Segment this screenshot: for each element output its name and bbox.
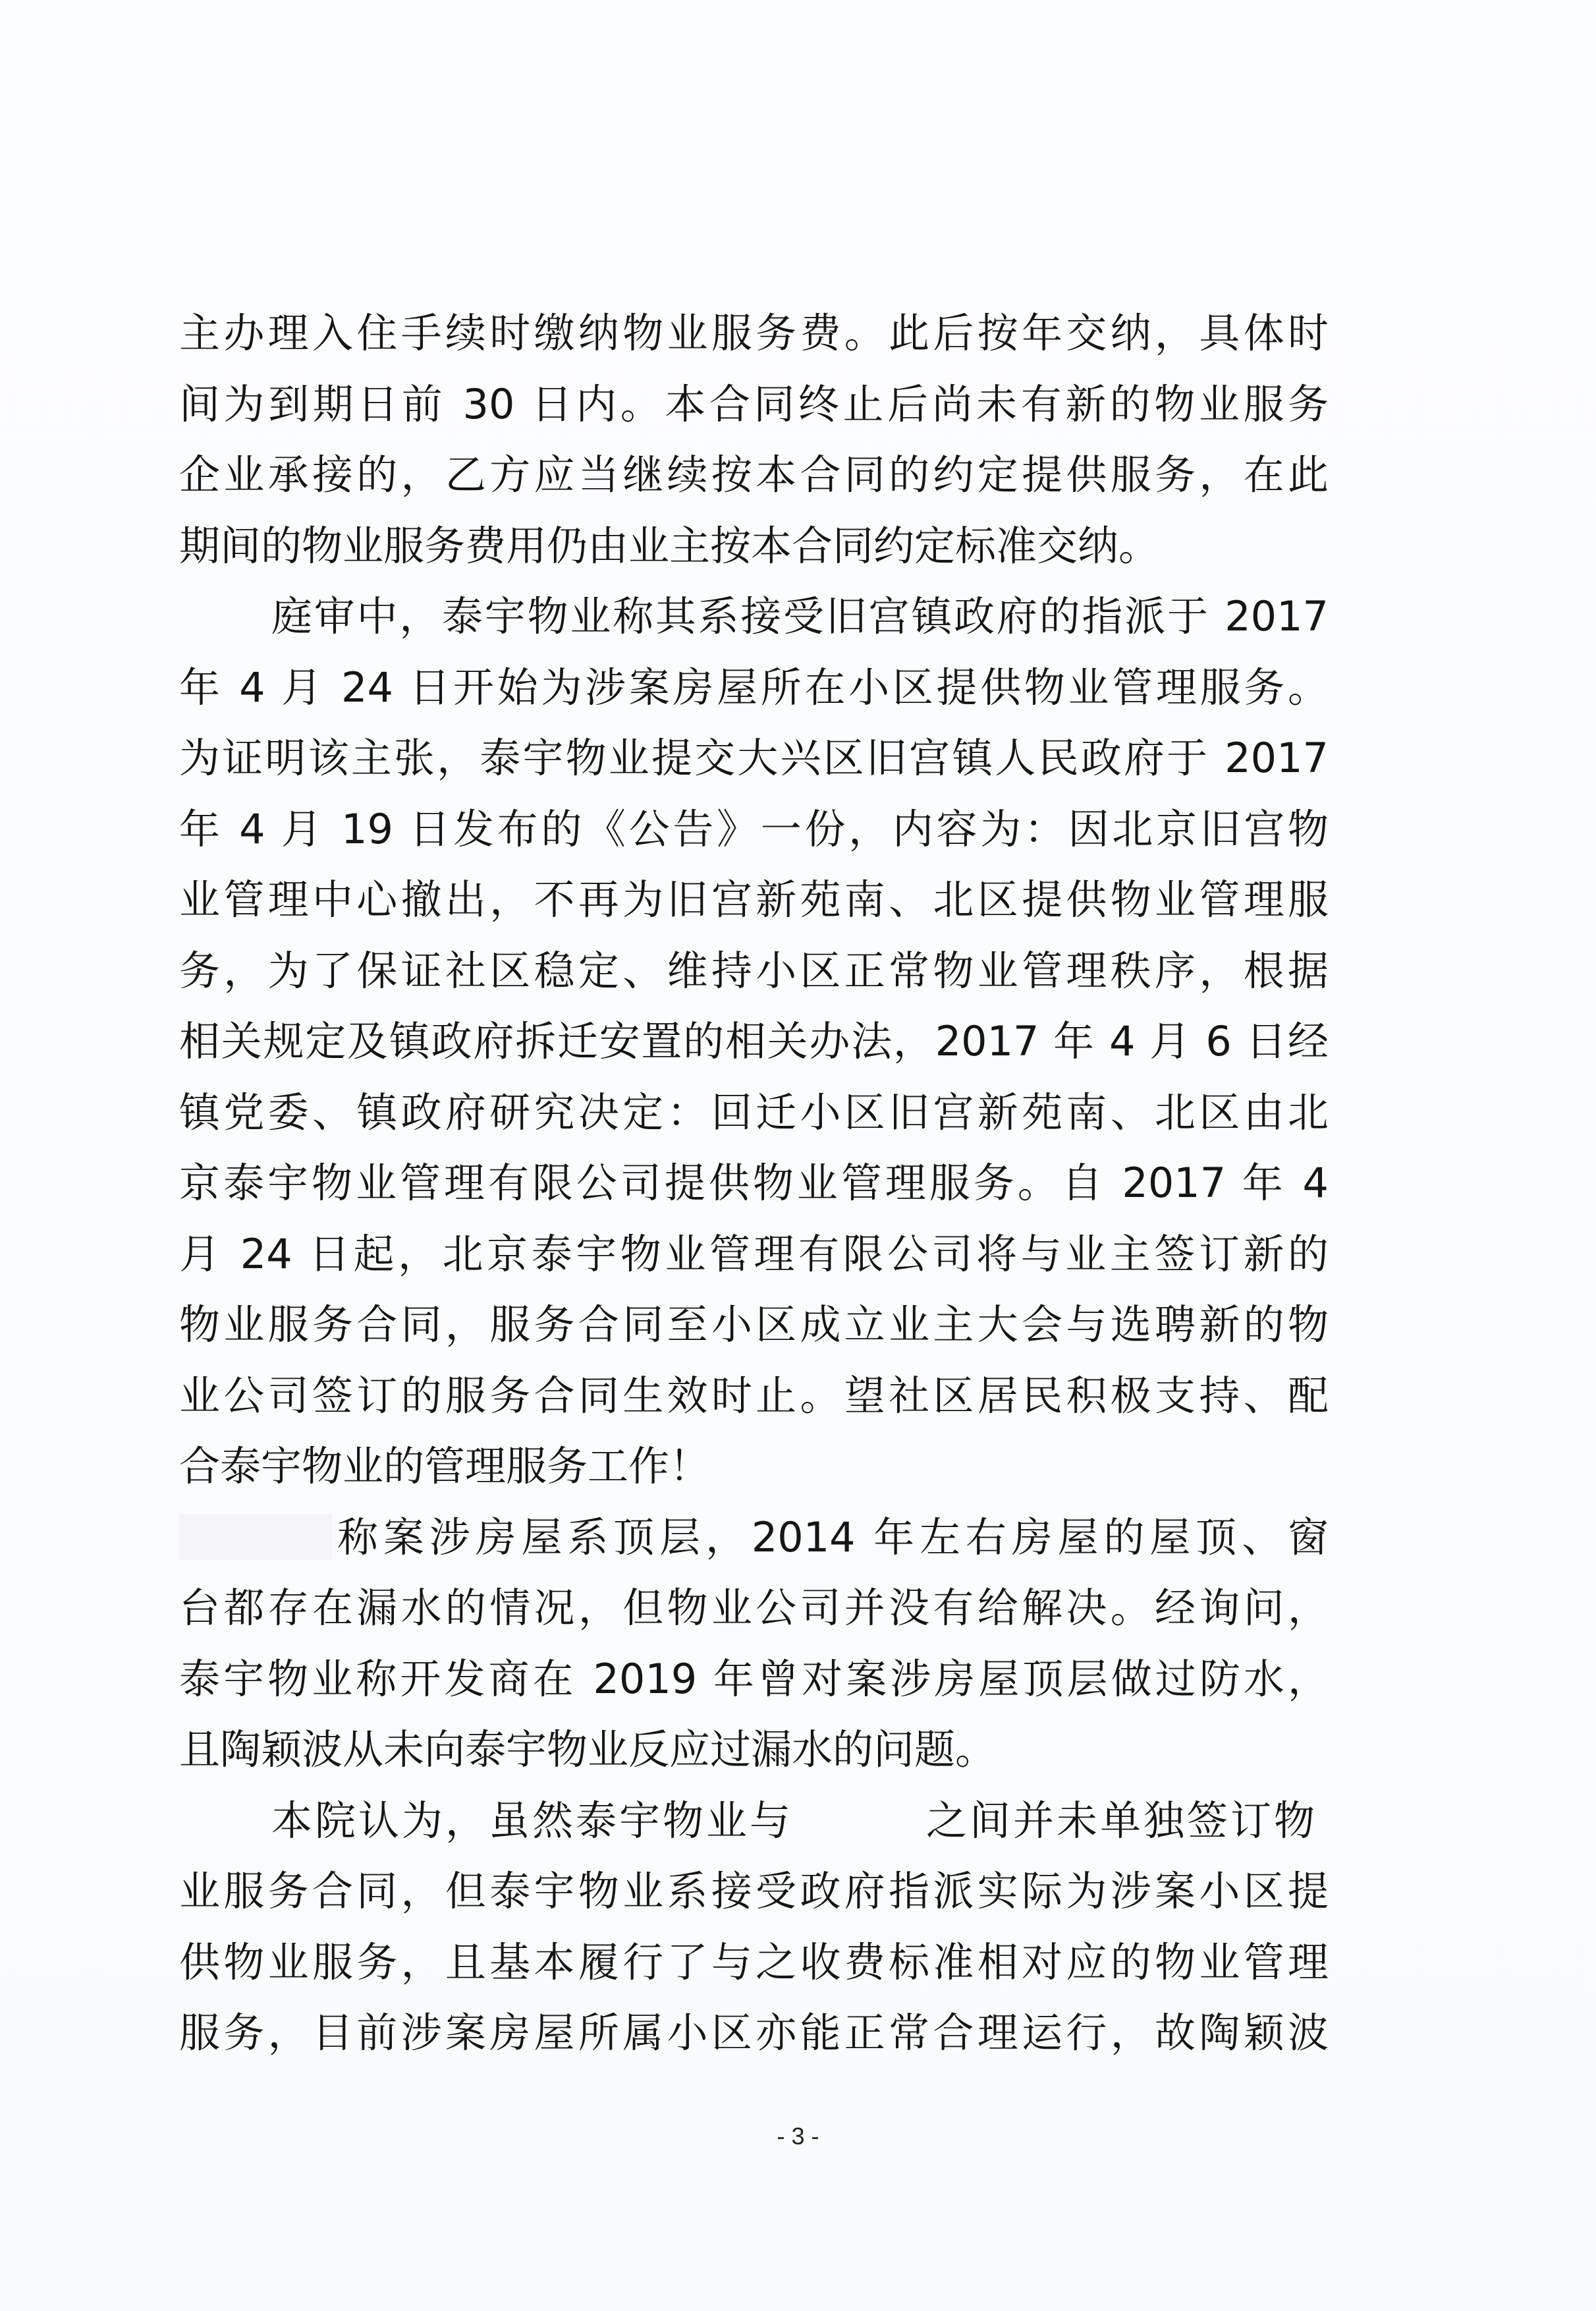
line-text: 主办理入住手续时缴纳物业服务费。此后按年交纳，具体时 bbox=[179, 298, 1329, 369]
text-line: 月 24 日起，北京泰宇物业管理有限公司将与业主签订新的 bbox=[179, 1219, 1329, 1290]
text-line: 业公司签订的服务合同生效时止。望社区居民积极支持、配 bbox=[179, 1360, 1329, 1432]
line-text: 间为到期日前 30 日内。本合同终止后尚未有新的物业服务 bbox=[179, 369, 1329, 440]
text-line: 务，为了保证社区稳定、维持小区正常物业管理秩序，根据 bbox=[179, 935, 1329, 1007]
text-line: 服务，目前涉案房屋所属小区亦能正常合理运行，故陶颖波 bbox=[179, 1997, 1329, 2069]
text-line: 相关规定及镇政府拆迁安置的相关办法，2017 年 4 月 6 日经 bbox=[179, 1006, 1329, 1077]
text-line: 年 4 月 24 日开始为涉案房屋所在小区提供物业管理服务。 bbox=[179, 652, 1329, 723]
line-text: 为证明该主张，泰宇物业提交大兴区旧宫镇人民政府于 2017 bbox=[179, 723, 1329, 794]
text-line: 为证明该主张，泰宇物业提交大兴区旧宫镇人民政府于 2017 bbox=[179, 723, 1329, 794]
line-text: 本院认为，虽然泰宇物业与 bbox=[271, 1785, 793, 1856]
text-line: 物业服务合同，服务合同至小区成立业主大会与选聘新的物 bbox=[179, 1289, 1329, 1360]
line-text: 庭审中，泰宇物业称其系接受旧宫镇政府的指派于 2017 bbox=[271, 581, 1329, 652]
line-text: 服务，目前涉案房屋所属小区亦能正常合理运行，故陶颖波 bbox=[179, 1997, 1329, 2069]
line-text: 京泰宇物业管理有限公司提供物业管理服务。自 2017 年 4 bbox=[179, 1148, 1329, 1219]
text-line: 泰宇物业称开发商在 2019 年曾对案涉房屋顶层做过防水， bbox=[179, 1644, 1329, 1715]
text-line: 业管理中心撤出，不再为旧宫新苑南、北区提供物业管理服 bbox=[179, 864, 1329, 935]
line-text: 台都存在漏水的情况，但物业公司并没有给解决。经询问， bbox=[179, 1573, 1329, 1644]
line-text: 镇党委、镇政府研究决定：回迁小区旧宫新苑南、北区由北 bbox=[179, 1077, 1329, 1148]
document-page: 主办理入住手续时缴纳物业服务费。此后按年交纳，具体时 间为到期日前 30 日内。… bbox=[0, 0, 1596, 2311]
line-text: 年 4 月 19 日发布的《公告》一份，内容为：因北京旧宫物 bbox=[179, 794, 1329, 865]
line-text: 泰宇物业称开发商在 2019 年曾对案涉房屋顶层做过防水， bbox=[179, 1644, 1329, 1715]
text-line: 年 4 月 19 日发布的《公告》一份，内容为：因北京旧宫物 bbox=[179, 794, 1329, 865]
line-text: 企业承接的，乙方应当继续按本合同的约定提供服务，在此 bbox=[179, 439, 1329, 511]
line-text: 业公司签订的服务合同生效时止。望社区居民积极支持、配 bbox=[179, 1360, 1329, 1432]
body-text: 主办理入住手续时缴纳物业服务费。此后按年交纳，具体时 间为到期日前 30 日内。… bbox=[179, 298, 1329, 2069]
text-line: 台都存在漏水的情况，但物业公司并没有给解决。经询问， bbox=[179, 1573, 1329, 1644]
redacted-name bbox=[179, 1514, 332, 1560]
line-text: 相关规定及镇政府拆迁安置的相关办法，2017 年 4 月 6 日经 bbox=[179, 1006, 1329, 1077]
text-line: 庭审中，泰宇物业称其系接受旧宫镇政府的指派于 2017 bbox=[179, 581, 1329, 652]
text-line: 期间的物业服务费用仍由业主按本合同约定标准交纳。 bbox=[179, 511, 1329, 582]
line-text: 之间并未单独签订物 bbox=[926, 1785, 1317, 1856]
line-text: 期间的物业服务费用仍由业主按本合同约定标准交纳。 bbox=[179, 511, 1329, 582]
page-number: - 3 - bbox=[0, 2123, 1596, 2150]
text-line: 间为到期日前 30 日内。本合同终止后尚未有新的物业服务 bbox=[179, 369, 1329, 440]
line-text: 称案涉房屋系顶层，2014 年左右房屋的屋顶、窗 bbox=[337, 1502, 1329, 1573]
line-text: 供物业服务，且基本履行了与之收费标准相对应的物业管理 bbox=[179, 1927, 1329, 1998]
text-line: 且陶颖波从未向泰宇物业反应过漏水的问题。 bbox=[179, 1714, 1329, 1785]
text-line: 业服务合同，但泰宇物业系接受政府指派实际为涉案小区提 bbox=[179, 1856, 1329, 1927]
line-text: 业服务合同，但泰宇物业系接受政府指派实际为涉案小区提 bbox=[179, 1856, 1329, 1927]
text-line: 称案涉房屋系顶层，2014 年左右房屋的屋顶、窗 bbox=[179, 1502, 1329, 1573]
text-line: 本院认为，虽然泰宇物业与 之间并未单独签订物 bbox=[179, 1785, 1329, 1856]
text-line: 供物业服务，且基本履行了与之收费标准相对应的物业管理 bbox=[179, 1927, 1329, 1998]
text-line: 合泰宇物业的管理服务工作！ bbox=[179, 1431, 1329, 1502]
line-text: 月 24 日起，北京泰宇物业管理有限公司将与业主签订新的 bbox=[179, 1219, 1329, 1290]
text-line: 镇党委、镇政府研究决定：回迁小区旧宫新苑南、北区由北 bbox=[179, 1077, 1329, 1148]
line-text: 且陶颖波从未向泰宇物业反应过漏水的问题。 bbox=[179, 1714, 1329, 1785]
text-line: 企业承接的，乙方应当继续按本合同的约定提供服务，在此 bbox=[179, 439, 1329, 511]
line-text: 合泰宇物业的管理服务工作！ bbox=[179, 1431, 1329, 1502]
text-line: 京泰宇物业管理有限公司提供物业管理服务。自 2017 年 4 bbox=[179, 1148, 1329, 1219]
line-text: 年 4 月 24 日开始为涉案房屋所在小区提供物业管理服务。 bbox=[179, 652, 1329, 723]
line-text: 物业服务合同，服务合同至小区成立业主大会与选聘新的物 bbox=[179, 1289, 1329, 1360]
text-line: 主办理入住手续时缴纳物业服务费。此后按年交纳，具体时 bbox=[179, 298, 1329, 369]
redacted-name bbox=[797, 1797, 922, 1843]
line-text: 业管理中心撤出，不再为旧宫新苑南、北区提供物业管理服 bbox=[179, 864, 1329, 935]
line-text: 务，为了保证社区稳定、维持小区正常物业管理秩序，根据 bbox=[179, 935, 1329, 1007]
